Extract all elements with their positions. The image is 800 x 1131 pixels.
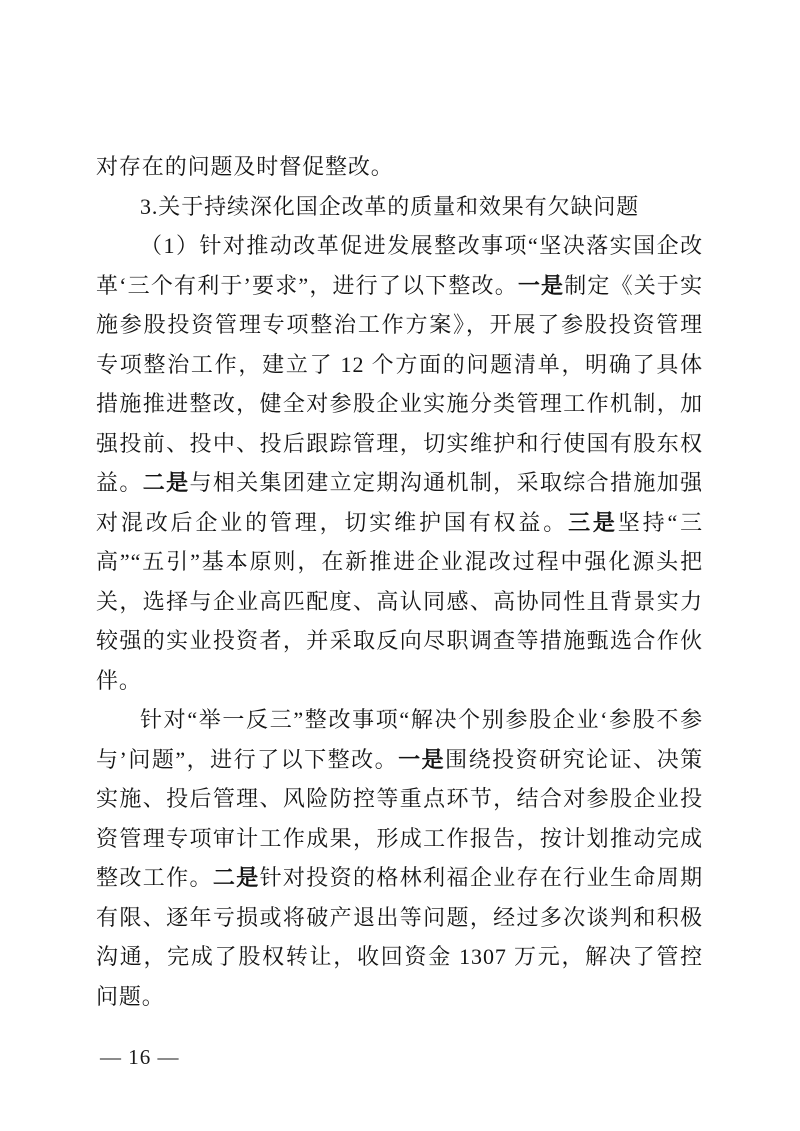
- page-number: — 16 —: [100, 1042, 180, 1072]
- paragraph-reform-item-2: 针对“举一反三”整改事项“解决个别参股企业‘参股不参与’问题”，进行了以下整改。…: [96, 700, 703, 1016]
- bold-text-segment: 二是: [143, 470, 190, 495]
- bold-text-segment: 一是: [518, 273, 564, 298]
- text-segment: 对存在的问题及时督促整改。: [96, 154, 394, 179]
- text-segment: 制定《关于实施参股投资管理专项整治工作方案》，开展了参股投资管理专项整治工作，建…: [96, 273, 703, 496]
- bold-text-segment: 二是: [213, 865, 260, 890]
- text-segment: 坚持“三高”“五引”基本原则，在新推进企业混改过程中强化源头把关，选择与企业高匹…: [96, 510, 703, 693]
- section-heading: 3.关于持续深化国企改革的质量和效果有欠缺问题: [96, 187, 703, 227]
- document-body: 对存在的问题及时督促整改。3.关于持续深化国企改革的质量和效果有欠缺问题（1）针…: [96, 147, 703, 1016]
- bold-text-segment: 三是: [568, 510, 618, 535]
- paragraph-reform-item-1: （1）针对推动改革促进发展整改事项“坚决落实国企改革‘三个有利于’要求”，进行了…: [96, 226, 703, 700]
- bold-text-segment: 一是: [398, 747, 445, 772]
- text-segment: 3.关于持续深化国企改革的质量和效果有欠缺问题: [140, 194, 639, 219]
- document-page: 对存在的问题及时督促整改。3.关于持续深化国企改革的质量和效果有欠缺问题（1）针…: [0, 0, 800, 1131]
- paragraph-continuation: 对存在的问题及时督促整改。: [96, 147, 703, 187]
